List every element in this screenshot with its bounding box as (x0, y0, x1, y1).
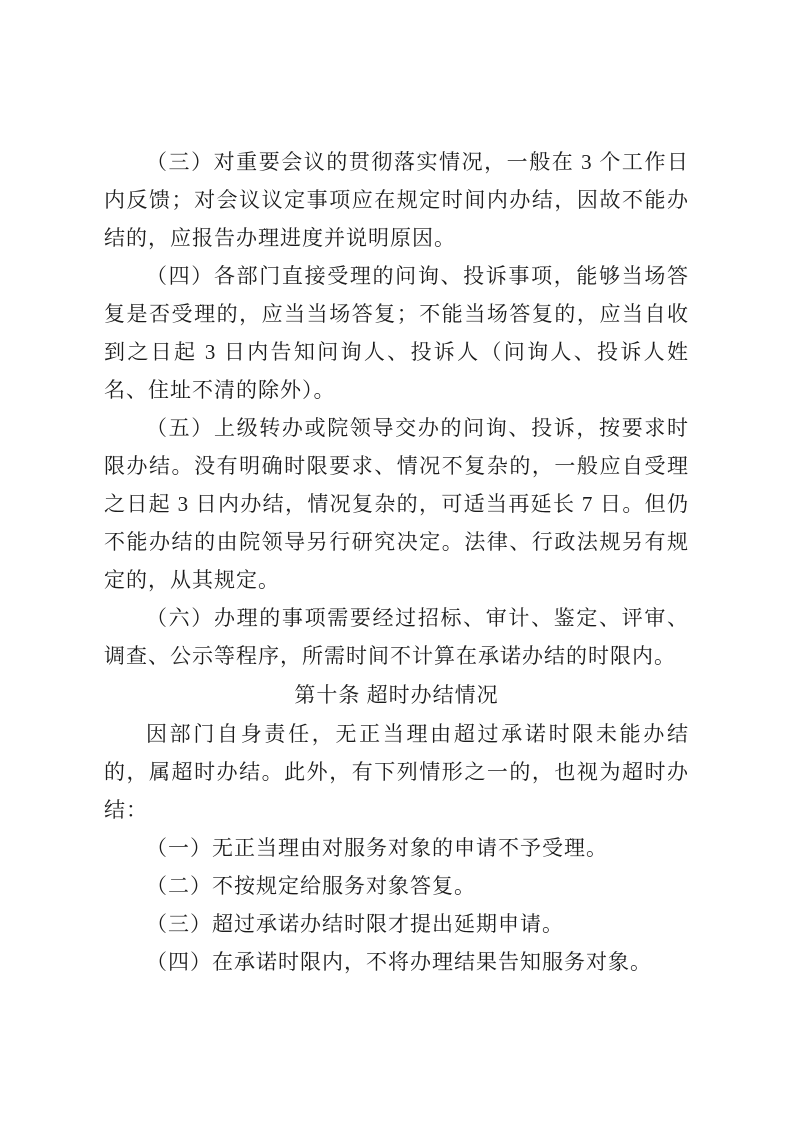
document-page: （三）对重要会议的贯彻落实情况，一般在 3 个工作日内反馈；对会议议定事项应在规… (0, 0, 793, 1122)
overtime-item-3-paragraph: （三）超过承诺办结时限才提出延期申请。 (104, 905, 689, 943)
article-10-heading: 第十条 超时办结情况 (104, 675, 689, 715)
overtime-item-2-paragraph: （二）不按规定给服务对象答复。 (104, 867, 689, 905)
overtime-item-4-paragraph: （四）在承诺时限内，不将办理结果告知服务对象。 (104, 943, 689, 981)
clause-4-paragraph: （四）各部门直接受理的问询、投诉事项，能够当场答复是否受理的，应当当场答复；不能… (104, 257, 689, 409)
clause-6-paragraph: （六）办理的事项需要经过招标、审计、鉴定、评审、调查、公示等程序，所需时间不计算… (104, 599, 689, 675)
clause-3-paragraph: （三）对重要会议的贯彻落实情况，一般在 3 个工作日内反馈；对会议议定事项应在规… (104, 143, 689, 257)
document-content: （三）对重要会议的贯彻落实情况，一般在 3 个工作日内反馈；对会议议定事项应在规… (104, 143, 689, 981)
article-10-intro-paragraph: 因部门自身责任，无正当理由超过承诺时限未能办结的，属超时办结。此外，有下列情形之… (104, 715, 689, 829)
overtime-item-1-paragraph: （一）无正当理由对服务对象的申请不予受理。 (104, 829, 689, 867)
clause-5-paragraph: （五）上级转办或院领导交办的问询、投诉，按要求时限办结。没有明确时限要求、情况不… (104, 409, 689, 599)
